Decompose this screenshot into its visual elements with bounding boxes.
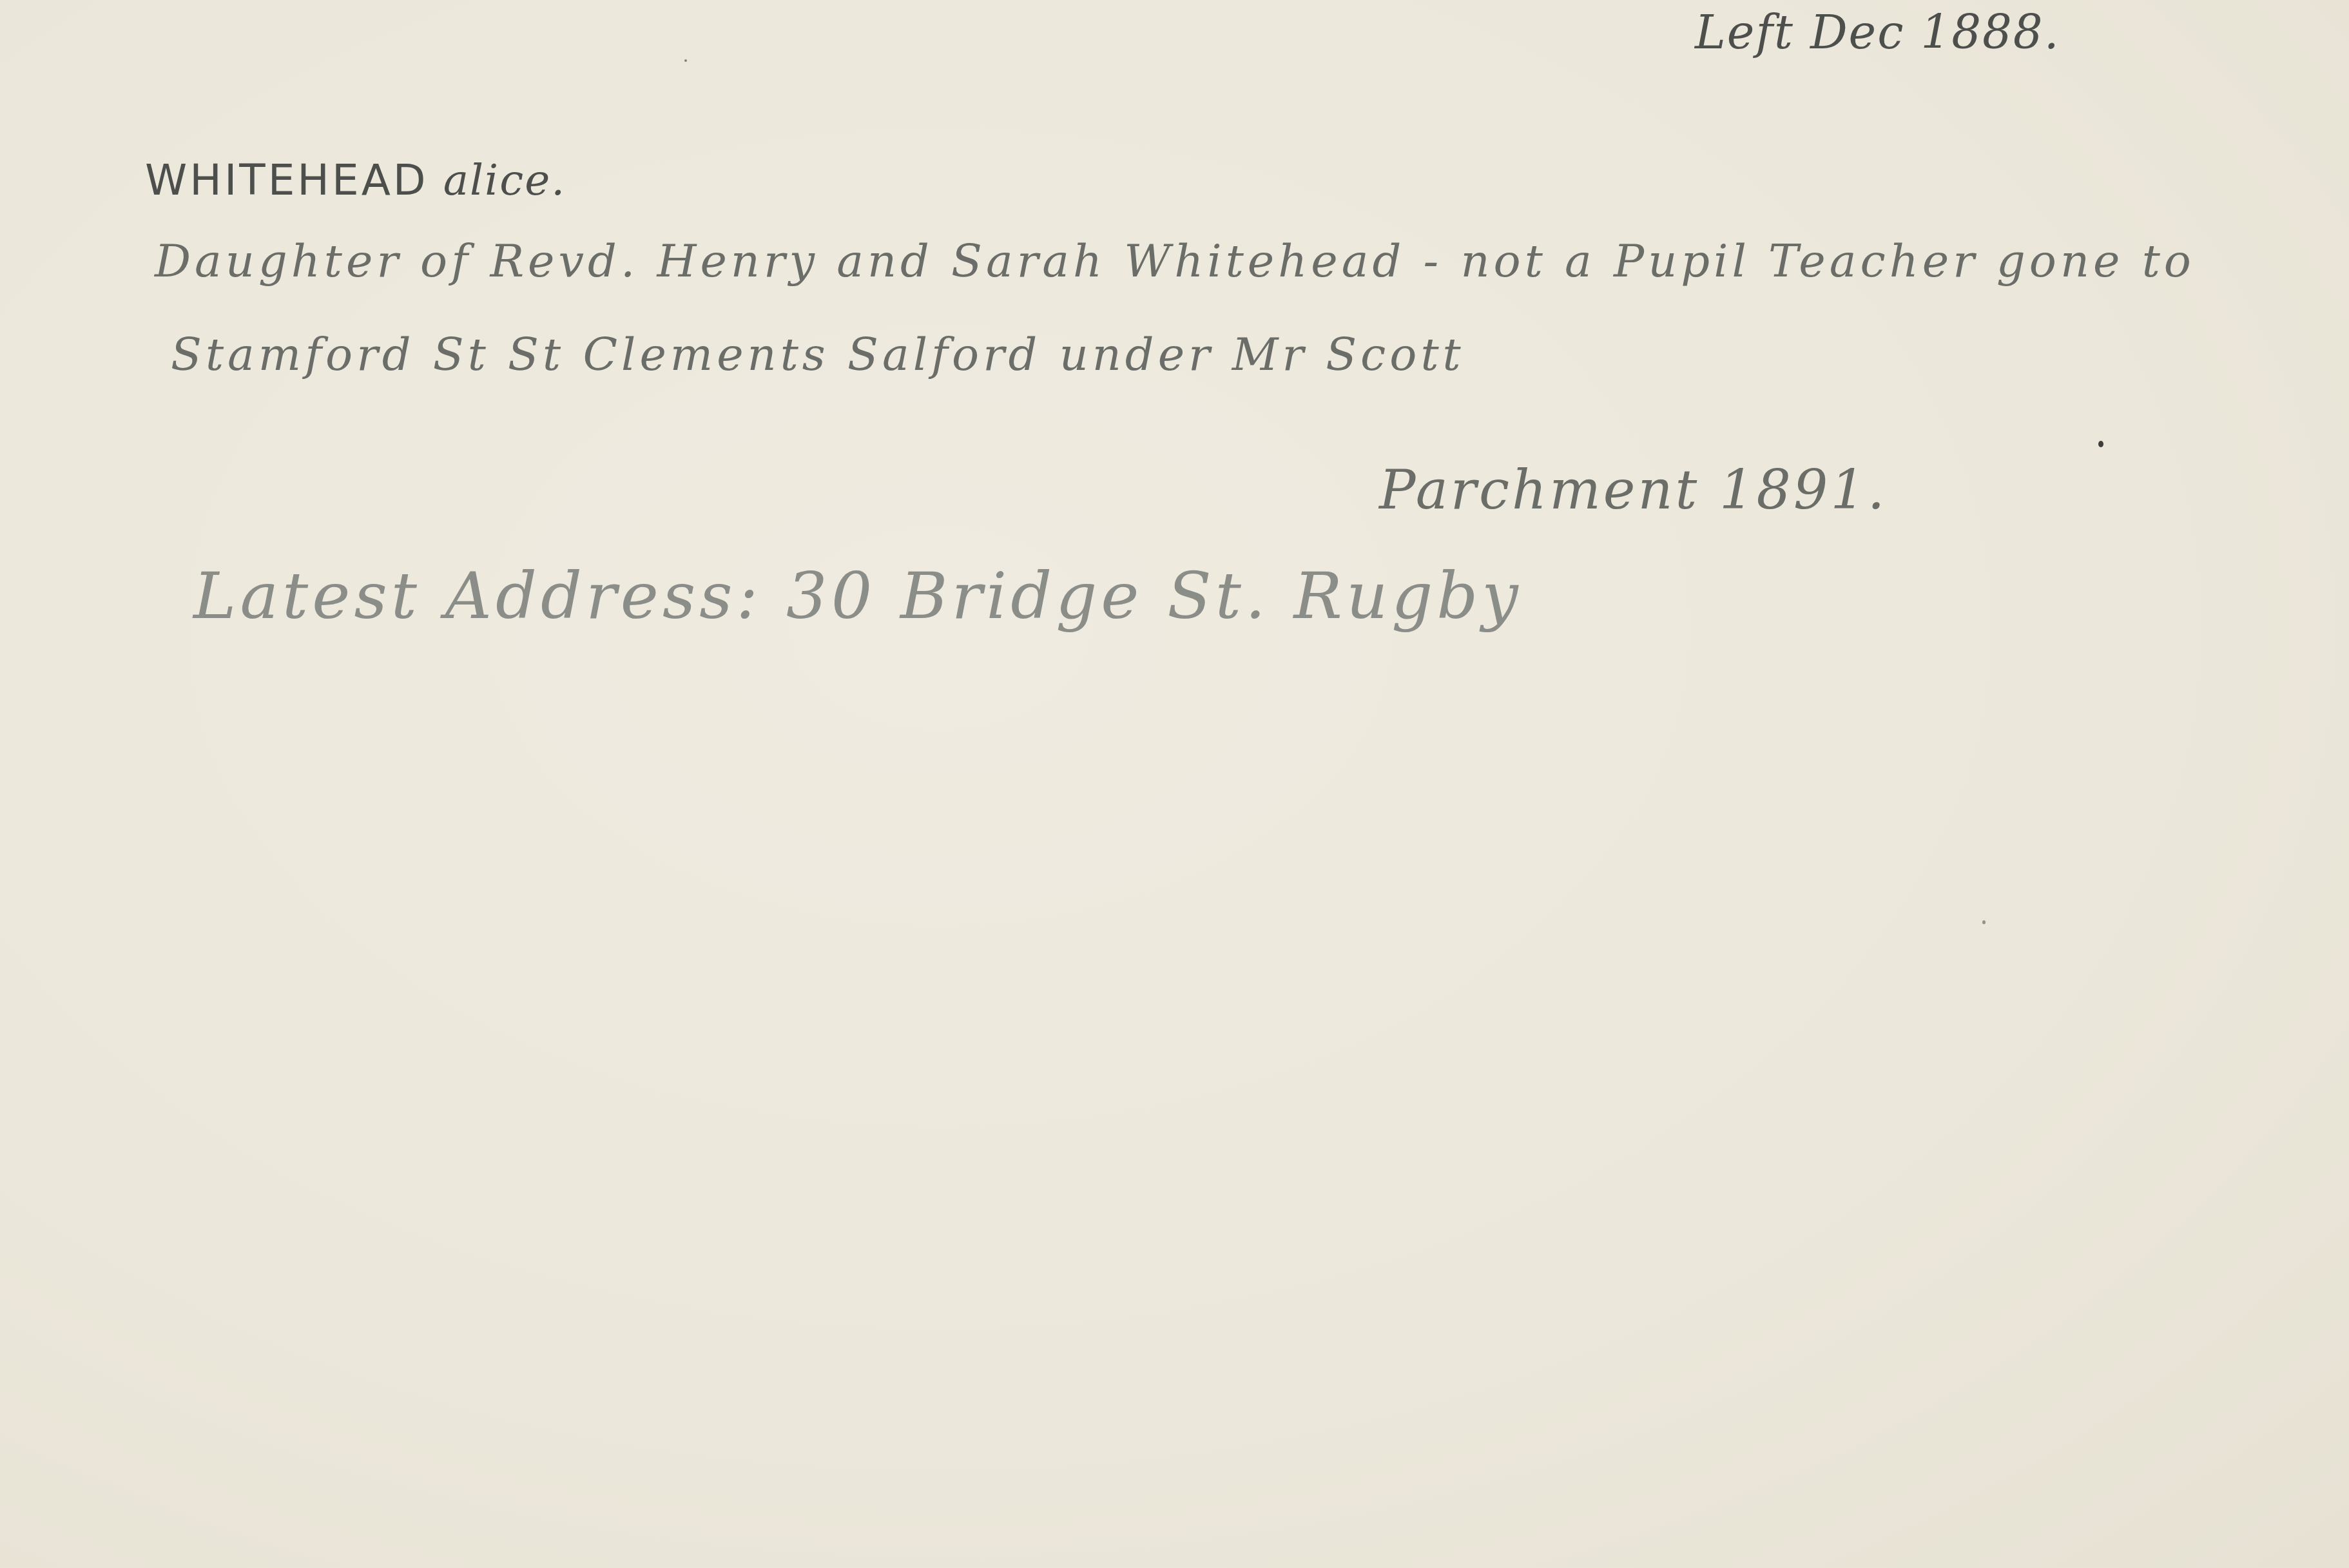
latest-address-note: Latest Address: 30 Bridge St. Rugby bbox=[193, 548, 1522, 644]
ink-speck bbox=[684, 59, 687, 62]
left-date-note: Left Dec 1888. bbox=[1695, 0, 2060, 64]
name-line: WHITEHEAD alice. bbox=[145, 151, 566, 209]
forename: alice. bbox=[443, 155, 566, 205]
parchment-note: Parchment 1891. bbox=[1379, 451, 1888, 528]
ink-speck bbox=[2098, 441, 2103, 447]
description-line-2: Stamford St St Clements Salford under Mr… bbox=[171, 319, 1465, 390]
description-line-1: Daughter of Revd. Henry and Sarah Whiteh… bbox=[155, 226, 2195, 296]
register-card: Left Dec 1888. WHITEHEAD alice. Daughter… bbox=[0, 0, 2349, 1568]
surname: WHITEHEAD bbox=[145, 155, 429, 205]
ink-speck bbox=[1982, 920, 1986, 924]
